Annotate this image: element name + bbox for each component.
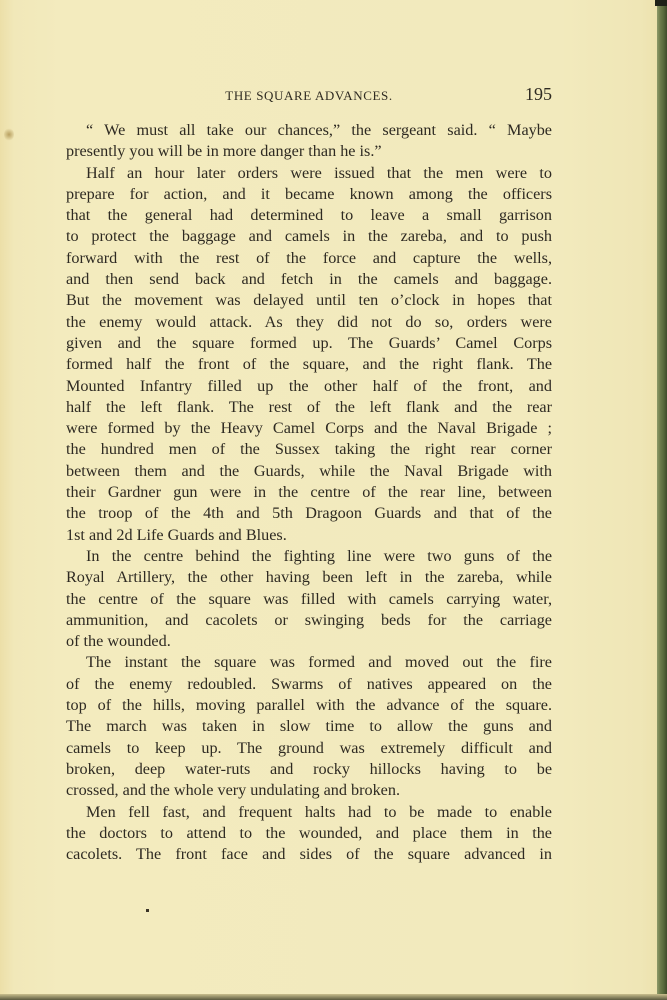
ink-speck: [146, 909, 149, 912]
text-line: the troop of the 4th and 5th Dragoon Gua…: [66, 503, 552, 524]
text-line: Mounted Infantry filled up the other hal…: [66, 376, 552, 397]
text-line: The march was taken in slow time to allo…: [66, 716, 552, 737]
text-line: of the enemy redoubled. Swarms of native…: [66, 674, 552, 695]
text-line: Half an hour later orders were issued th…: [66, 163, 552, 184]
cover-corner: [655, 0, 667, 6]
text-line: broken, deep water-ruts and rocky hilloc…: [66, 759, 552, 780]
text-line: given and the square formed up. The Guar…: [66, 333, 552, 354]
text-line: the doctors to attend to the wounded, an…: [66, 823, 552, 844]
text-line: presently you will be in more danger tha…: [66, 141, 552, 162]
text-line: Royal Artillery, the other having been l…: [66, 567, 552, 588]
book-page: THE SQUARE ADVANCES. 195 “ We must all t…: [0, 0, 657, 1000]
text-line: prepare for action, and it became known …: [66, 184, 552, 205]
page-number: 195: [525, 84, 552, 105]
text-line: their Gardner gun were in the centre of …: [66, 482, 552, 503]
text-line: half the left flank. The rest of the lef…: [66, 397, 552, 418]
text-line: cacolets. The front face and sides of th…: [66, 844, 552, 865]
page-bottom-edge: [0, 994, 667, 1000]
text-line: 1st and 2d Life Guards and Blues.: [66, 525, 552, 546]
text-line: to protect the baggage and camels in the…: [66, 226, 552, 247]
text-line: ammunition, and cacolets or swinging bed…: [66, 610, 552, 631]
text-line: crossed, and the whole very undulating a…: [66, 780, 552, 801]
text-line: Men fell fast, and frequent halts had to…: [66, 802, 552, 823]
text-line: the hundred men of the Sussex taking the…: [66, 439, 552, 460]
book-cover-edge: [657, 0, 667, 1000]
running-title: THE SQUARE ADVANCES.: [66, 88, 552, 104]
text-line: camels to keep up. The ground was extrem…: [66, 738, 552, 759]
text-line: were formed by the Heavy Camel Corps and…: [66, 418, 552, 439]
body-text: “ We must all take our chances,” the ser…: [66, 120, 552, 865]
text-line: “ We must all take our chances,” the ser…: [66, 120, 552, 141]
text-line: and then send back and fetch in the came…: [66, 269, 552, 290]
text-line: But the movement was delayed until ten o…: [66, 290, 552, 311]
text-line: In the centre behind the fighting line w…: [66, 546, 552, 567]
page-stain: [4, 128, 14, 141]
text-line: the centre of the square was filled with…: [66, 589, 552, 610]
text-line: The instant the square was formed and mo…: [66, 652, 552, 673]
text-line: of the wounded.: [66, 631, 552, 652]
text-line: that the general had determined to leave…: [66, 205, 552, 226]
text-line: between them and the Guards, while the N…: [66, 461, 552, 482]
page-header: THE SQUARE ADVANCES. 195: [66, 84, 552, 108]
text-line: top of the hills, moving parallel with t…: [66, 695, 552, 716]
text-line: forward with the rest of the force and c…: [66, 248, 552, 269]
text-line: the enemy would attack. As they did not …: [66, 312, 552, 333]
text-line: formed half the front of the square, and…: [66, 354, 552, 375]
